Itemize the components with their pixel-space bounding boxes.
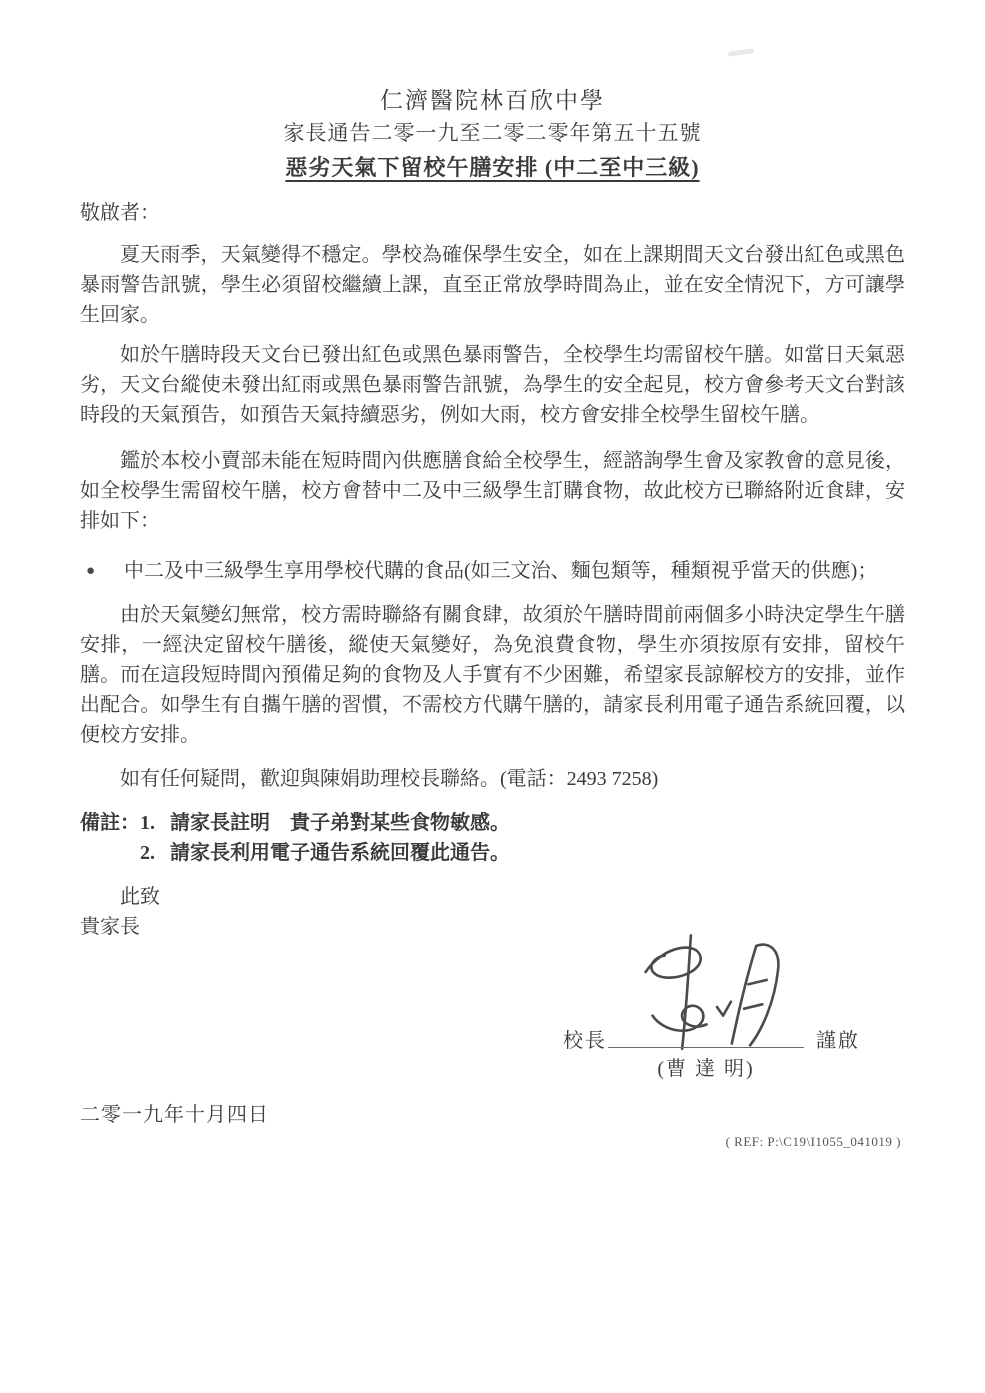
scan-artifact [728,48,754,57]
bullet-icon: ● [80,556,124,586]
notice-number: 家長通告二零一九至二零二零年第五十五號 [80,118,905,148]
file-reference: ( REF: P:\C19\I1055_041019 ) [726,1134,901,1150]
principal-name: (曹 達 明) [608,1052,804,1081]
school-name: 仁濟醫院林百欣中學 [80,86,905,116]
notice-date: 二零一九年十月四日 [80,1098,269,1127]
signature-block: 校長 謹啟 (曹 達 明) [80,940,905,1090]
closing-cizhi: 此致 [80,882,905,912]
paragraph-weather-safety: 夏天雨季，天氣變得不穩定。學校為確保學生安全，如在上課期間天文台發出紅色或黑色暴… [80,240,905,330]
bullet-item: ● 中二及中三級學生享用學校代購的食品(如三文治、麵包類等，種類視乎當天的供應)… [80,556,905,586]
remark-number-2: 2. [140,838,170,868]
notice-subject: 惡劣天氣下留校午膳安排 (中二至中三級) [80,152,905,184]
remark-item-2: 2. 請家長利用電子通告系統回覆此通告。 [140,838,510,868]
remarks-section: 備註： 1. 請家長註明 貴子弟對某些食物敏感。 2. 請家長利用電子通告系統回… [80,808,905,868]
signature-suffix: 謹啟 [816,1024,860,1053]
signature-line [608,1047,804,1048]
remark-text-1: 請家長註明 貴子弟對某些食物敏感。 [170,808,510,838]
paragraph-logistics: 由於天氣變幻無常，校方需時聯絡有關食肆，故須於午膳時間前兩個多小時決定學生午膳安… [80,600,905,750]
signature-role-label: 校長 [563,1024,607,1053]
paragraph-contact: 如有任何疑問，歡迎與陳娟助理校長聯絡。(電話：2493 7258) [80,764,905,794]
handwritten-signature [612,932,822,1054]
document-page: 仁濟醫院林百欣中學 家長通告二零一九至二零二零年第五十五號 惡劣天氣下留校午膳安… [0,0,985,1393]
remark-number-1: 1. [140,808,170,838]
paragraph-lunch-policy: 如於午膳時段天文台已發出紅色或黑色暴雨警告，全校學生均需留校午膳。如當日天氣惡劣… [80,340,905,430]
remark-item-1: 1. 請家長註明 貴子弟對某些食物敏感。 [140,808,510,838]
paragraph-tuckshop-arrangement: 鑑於本校小賣部未能在短時間內供應膳食給全校學生，經諮詢學生會及家教會的意見後，如… [80,446,905,536]
remarks-label: 備註： [80,808,140,868]
remark-text-2: 請家長利用電子通告系統回覆此通告。 [170,838,510,868]
salutation: 敬啟者： [80,198,905,228]
remarks-items: 1. 請家長註明 貴子弟對某些食物敏感。 2. 請家長利用電子通告系統回覆此通告… [140,808,510,868]
bullet-item-text: 中二及中三級學生享用學校代購的食品(如三文治、麵包類等，種類視乎當天的供應)； [124,556,905,586]
